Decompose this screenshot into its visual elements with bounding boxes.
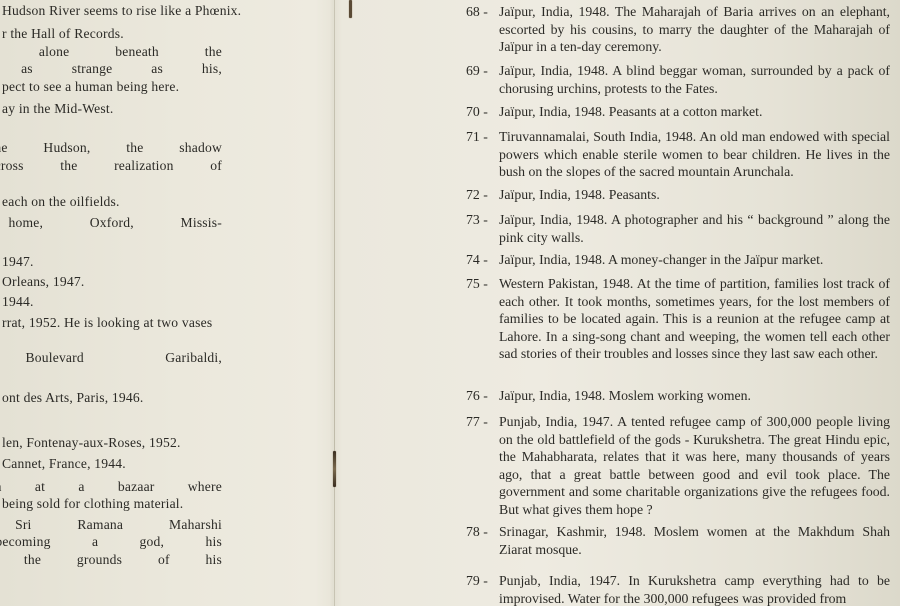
left-page-line: Hudson River seems to rise like a Phœnix… <box>2 2 241 20</box>
left-page-line: ay in the Mid-West. <box>2 100 113 118</box>
caption-text: Punjab, India, 1947. A tented refugee ca… <box>499 413 890 518</box>
caption-entry: 69 -Jaïpur, India, 1948. A blind beggar … <box>466 62 890 97</box>
caption-number: 73 - <box>466 211 500 229</box>
caption-entry: 79 -Punjab, India, 1947. In Kurukshetra … <box>466 572 890 606</box>
caption-text: Western Pakistan, 1948. At the time of p… <box>499 275 890 363</box>
caption-text: Srinagar, Kashmir, 1948. Moslem women at… <box>499 523 890 558</box>
caption-entry: 71 -Tiruvannamalai, South India, 1948. A… <box>466 128 890 181</box>
caption-number: 69 - <box>466 62 500 80</box>
left-page-line: len, Fontenay-aux-Roses, 1952. <box>2 434 181 452</box>
left-page-line: a, 1948. While Sri Ramana Maharshi <box>0 516 222 534</box>
caption-entry: 76 -Jaïpur, India, 1948. Moslem working … <box>466 387 890 405</box>
left-page-line: First Hotel, Boulevard Garibaldi, <box>0 349 222 367</box>
caption-text: Jaïpur, India, 1948. Peasants at a cotto… <box>499 103 890 121</box>
caption-text: Jaïpur, India, 1948. Peasants. <box>499 186 890 204</box>
caption-text: Jaïpur, India, 1948. The Maharajah of Ba… <box>499 3 890 56</box>
caption-entry: 77 -Punjab, India, 1947. A tented refuge… <box>466 413 890 518</box>
left-page-line: ing upstream of the Hudson, the shadow <box>0 139 222 157</box>
left-page-line: f a rajah) strolls the grounds of his <box>0 551 222 569</box>
staple-middle-icon <box>333 451 336 487</box>
page-gutter <box>334 0 335 606</box>
caption-entry: 75 -Western Pakistan, 1948. At the time … <box>466 275 890 363</box>
caption-text: Jaïpur, India, 1948. A money-changer in … <box>499 251 890 269</box>
right-page: 68 -Jaïpur, India, 1948. The Maharajah o… <box>466 0 900 606</box>
caption-number: 77 - <box>466 413 500 431</box>
left-page-line: rrat, 1952. He is looking at two vases <box>2 314 212 332</box>
left-page-line: ont des Arts, Paris, 1946. <box>2 389 144 407</box>
caption-number: 78 - <box>466 523 500 541</box>
left-page-line: 1947. <box>2 253 34 271</box>
caption-entry: 70 -Jaïpur, India, 1948. Peasants at a c… <box>466 103 890 121</box>
left-page-line: expression was just as strange as his, <box>0 60 222 78</box>
left-page-line: wo ladies in purdah at a bazaar where <box>0 478 222 496</box>
caption-number: 71 - <box>466 128 500 146</box>
left-page: Hudson River seems to rise like a Phœnix… <box>0 0 330 606</box>
left-page-line: 1944. <box>2 293 34 311</box>
caption-text: Tiruvannamalai, South India, 1948. An ol… <box>499 128 890 181</box>
left-page-line: tion, and thus becoming a god, his <box>0 533 222 551</box>
caption-number: 74 - <box>466 251 500 269</box>
caption-entry: 68 -Jaïpur, India, 1948. The Maharajah o… <box>466 3 890 56</box>
caption-entry: 74 -Jaïpur, India, 1948. A money-changer… <box>466 251 890 269</box>
caption-number: 79 - <box>466 572 500 590</box>
left-page-line: Cannet, France, 1944. <box>2 455 126 473</box>
caption-text: Punjab, India, 1947. In Kurukshetra camp… <box>499 572 890 606</box>
left-page-line: being sold for clothing material. <box>2 495 183 513</box>
left-page-line: pect to see a human being here. <box>2 78 179 96</box>
staple-top-icon <box>349 0 352 18</box>
book-spread: Hudson River seems to rise like a Phœnix… <box>0 0 900 606</box>
left-page-line: ld playing baseball alone beneath the <box>0 43 222 61</box>
caption-text: Jaïpur, India, 1948. A blind beggar woma… <box>499 62 890 97</box>
left-page-line: Orleans, 1947. <box>2 273 84 291</box>
caption-entry: 78 -Srinagar, Kashmir, 1948. Moslem wome… <box>466 523 890 558</box>
left-page-line: on Bridge falls across the realization o… <box>0 157 222 175</box>
caption-number: 68 - <box>466 3 500 21</box>
caption-text: Jaïpur, India, 1948. Moslem working wome… <box>499 387 890 405</box>
caption-number: 76 - <box>466 387 500 405</box>
caption-number: 70 - <box>466 103 500 121</box>
caption-entry: 72 -Jaïpur, India, 1948. Peasants. <box>466 186 890 204</box>
left-page-line: garden of his home, Oxford, Missis- <box>0 214 222 232</box>
caption-entry: 73 -Jaïpur, India, 1948. A photographer … <box>466 211 890 246</box>
caption-number: 72 - <box>466 186 500 204</box>
caption-number: 75 - <box>466 275 500 293</box>
left-page-line: r the Hall of Records. <box>2 25 124 43</box>
caption-text: Jaïpur, India, 1948. A photographer and … <box>499 211 890 246</box>
left-page-line: each on the oilfields. <box>2 193 120 211</box>
